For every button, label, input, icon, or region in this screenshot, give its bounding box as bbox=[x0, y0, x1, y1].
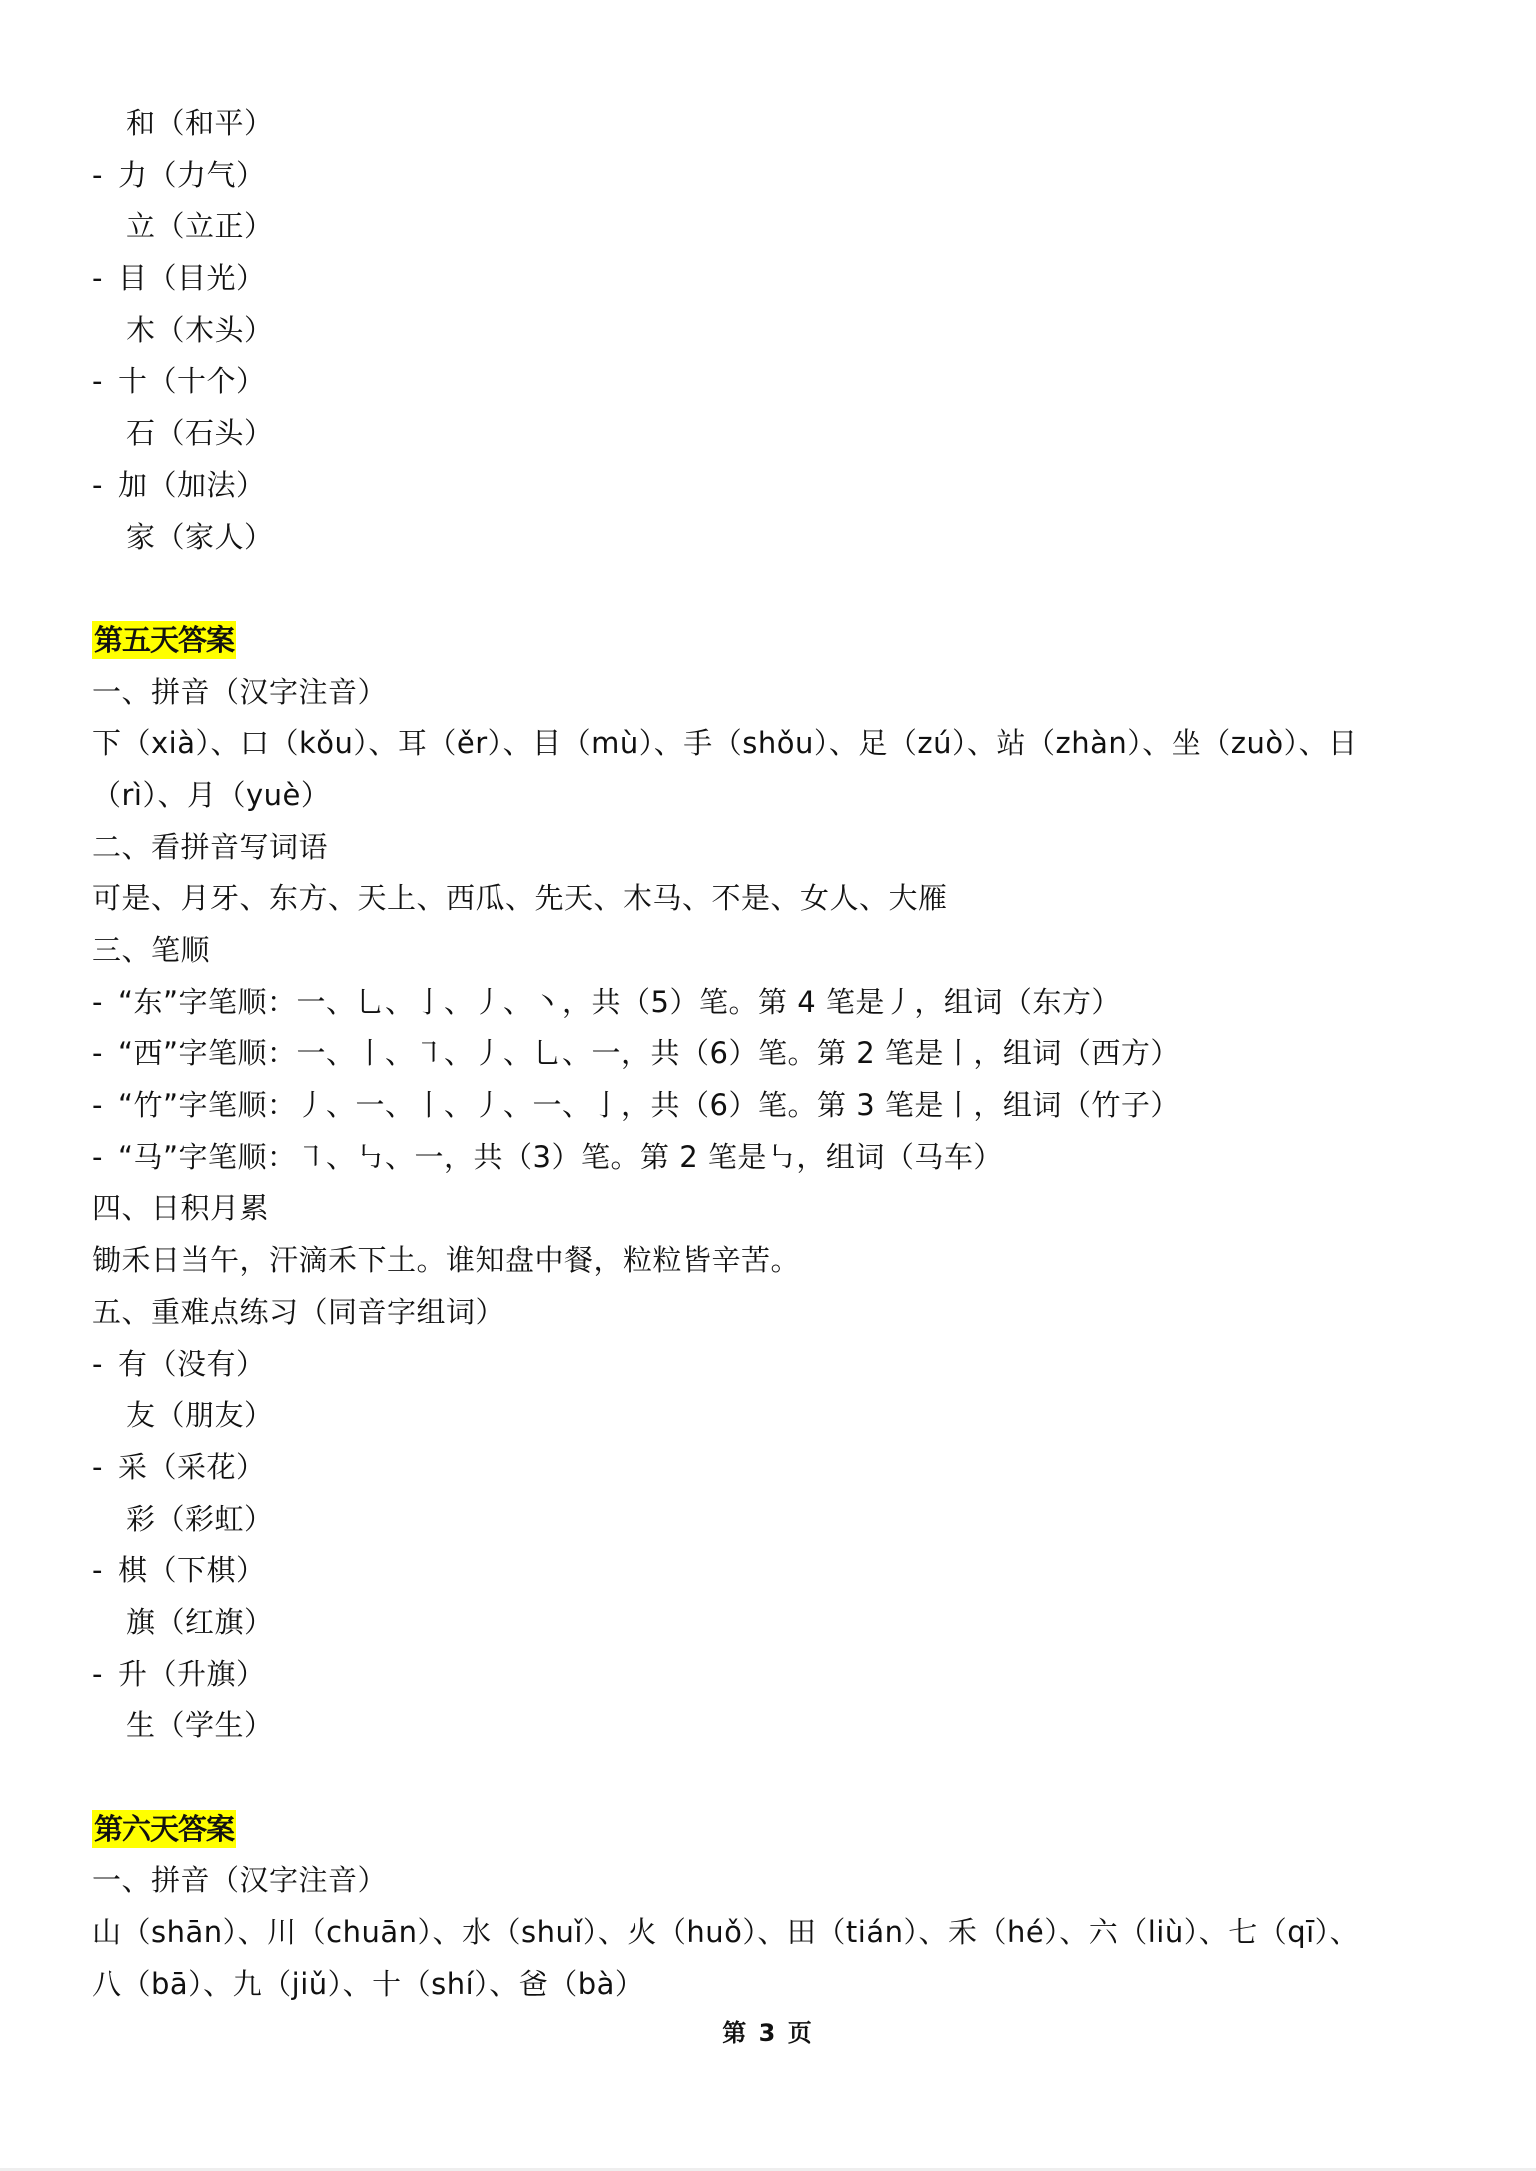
list-item: -目（目光） bbox=[92, 253, 1472, 305]
day6-title: 第六天答案 bbox=[92, 1810, 236, 1848]
list-item-text: 友（朋友） bbox=[126, 1398, 274, 1432]
document-page: 和（和平） -力（力气） 立（立正） -目（目光） 木（木头） -十（十个） 石… bbox=[0, 0, 1536, 2171]
bullet-dash: - bbox=[92, 1028, 118, 1080]
list-item-text: 采（采花） bbox=[118, 1450, 266, 1484]
pinyin-answers-line: 下（xià）、口（kǒu）、耳（ěr）、目（mù）、手（shǒu）、足（zú）、… bbox=[92, 718, 1472, 770]
bullet-dash: - bbox=[92, 150, 118, 202]
list-item: -加（加法） bbox=[92, 460, 1472, 512]
stroke-order-item: -“竹”字笔顺：丿、一、丨、丿、一、亅，共（6）笔。第 3 笔是丨，组词（竹子） bbox=[92, 1080, 1472, 1132]
list-item-text: 木（木头） bbox=[126, 313, 274, 347]
list-item-text: 目（目光） bbox=[118, 261, 266, 295]
list-item-text: 生（学生） bbox=[126, 1708, 274, 1742]
list-item-text: 力（力气） bbox=[118, 158, 266, 192]
list-item-text: 旗（红旗） bbox=[126, 1605, 274, 1639]
bullet-dash: - bbox=[92, 977, 118, 1029]
list-item-text: 棋（下棋） bbox=[118, 1553, 266, 1587]
list-item-text: 十（十个） bbox=[118, 364, 266, 398]
list-item: 和（和平） bbox=[92, 98, 1472, 150]
pinyin-answers-line: 八（bā）、九（jiǔ）、十（shí）、爸（bà） bbox=[92, 1959, 1472, 2011]
list-item-text: 彩（彩虹） bbox=[126, 1502, 274, 1536]
poem-line: 锄禾日当午，汗滴禾下土。谁知盘中餐，粒粒皆辛苦。 bbox=[92, 1235, 1472, 1287]
list-item-text: 有（没有） bbox=[118, 1347, 266, 1381]
bullet-dash: - bbox=[92, 253, 118, 305]
list-item-text: 升（升旗） bbox=[118, 1657, 266, 1691]
section-heading: 一、拼音（汉字注音） bbox=[92, 1855, 1472, 1907]
list-item: -棋（下棋） bbox=[92, 1545, 1472, 1597]
words-answer-line: 可是、月牙、东方、天上、西瓜、先天、木马、不是、女人、大雁 bbox=[92, 873, 1472, 925]
section-heading: 五、重难点练习（同音字组词） bbox=[92, 1287, 1472, 1339]
pinyin-answers-line: （rì）、月（yuè） bbox=[92, 770, 1472, 822]
spacer bbox=[92, 563, 1472, 615]
stroke-order-text: “马”字笔顺：㇕、㇉、一，共（3）笔。第 2 笔是㇉，组词（马车） bbox=[118, 1140, 1003, 1174]
list-item: 木（木头） bbox=[92, 305, 1472, 357]
stroke-order-text: “西”字笔顺：一、丨、㇕、丿、乚、一，共（6）笔。第 2 笔是丨，组词（西方） bbox=[118, 1036, 1180, 1070]
stroke-order-item: -“马”字笔顺：㇕、㇉、一，共（3）笔。第 2 笔是㇉，组词（马车） bbox=[92, 1132, 1472, 1184]
stroke-order-item: -“东”字笔顺：一、乚、亅、丿、丶，共（5）笔。第 4 笔是丿，组词（东方） bbox=[92, 977, 1472, 1029]
list-item-text: 家（家人） bbox=[126, 520, 274, 554]
list-item: 家（家人） bbox=[92, 512, 1472, 564]
list-item-text: 立（立正） bbox=[126, 209, 274, 243]
list-item-text: 和（和平） bbox=[126, 106, 274, 140]
bullet-dash: - bbox=[92, 1339, 118, 1391]
section-heading: 二、看拼音写词语 bbox=[92, 822, 1472, 874]
list-item-text: 石（石头） bbox=[126, 416, 274, 450]
day5-title-row: 第五天答案 bbox=[92, 615, 1472, 667]
stroke-order-text: “东”字笔顺：一、乚、亅、丿、丶，共（5）笔。第 4 笔是丿，组词（东方） bbox=[118, 985, 1121, 1019]
list-item: 友（朋友） bbox=[92, 1390, 1472, 1442]
bullet-dash: - bbox=[92, 1545, 118, 1597]
list-item: 石（石头） bbox=[92, 408, 1472, 460]
stroke-order-text: “竹”字笔顺：丿、一、丨、丿、一、亅，共（6）笔。第 3 笔是丨，组词（竹子） bbox=[118, 1088, 1180, 1122]
list-item: -升（升旗） bbox=[92, 1649, 1472, 1701]
bullet-dash: - bbox=[92, 1080, 118, 1132]
page-number: 第 3 页 bbox=[0, 2013, 1536, 2048]
section-heading: 四、日积月累 bbox=[92, 1183, 1472, 1235]
list-item: -采（采花） bbox=[92, 1442, 1472, 1494]
list-item: 旗（红旗） bbox=[92, 1597, 1472, 1649]
day6-title-row: 第六天答案 bbox=[92, 1804, 1472, 1856]
day5-title: 第五天答案 bbox=[92, 621, 236, 659]
section-heading: 三、笔顺 bbox=[92, 925, 1472, 977]
list-item: -力（力气） bbox=[92, 150, 1472, 202]
list-item: 生（学生） bbox=[92, 1700, 1472, 1752]
section-heading: 一、拼音（汉字注音） bbox=[92, 667, 1472, 719]
pinyin-answers-line: 山（shān）、川（chuān）、水（shuǐ）、火（huǒ）、田（tián）、… bbox=[92, 1907, 1472, 1959]
list-item: -有（没有） bbox=[92, 1339, 1472, 1391]
document-content: 和（和平） -力（力气） 立（立正） -目（目光） 木（木头） -十（十个） 石… bbox=[92, 98, 1472, 2010]
bullet-dash: - bbox=[92, 1442, 118, 1494]
bullet-dash: - bbox=[92, 1132, 118, 1184]
bullet-dash: - bbox=[92, 1649, 118, 1701]
list-item: 立（立正） bbox=[92, 201, 1472, 253]
bullet-dash: - bbox=[92, 460, 118, 512]
spacer bbox=[92, 1752, 1472, 1804]
stroke-order-item: -“西”字笔顺：一、丨、㇕、丿、乚、一，共（6）笔。第 2 笔是丨，组词（西方） bbox=[92, 1028, 1472, 1080]
list-item-text: 加（加法） bbox=[118, 468, 266, 502]
list-item: 彩（彩虹） bbox=[92, 1494, 1472, 1546]
bullet-dash: - bbox=[92, 356, 118, 408]
list-item: -十（十个） bbox=[92, 356, 1472, 408]
